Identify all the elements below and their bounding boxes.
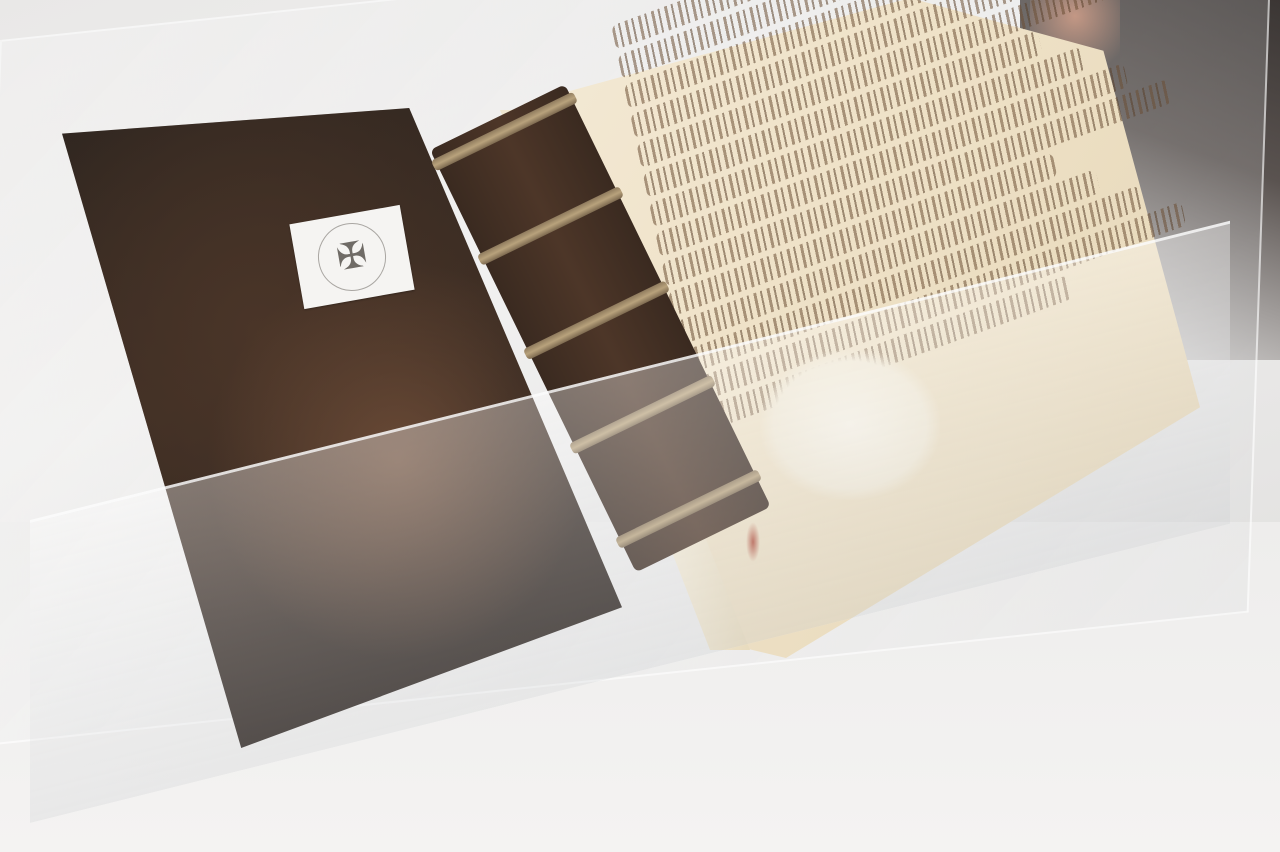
cross-glyph: ✠ <box>334 237 370 278</box>
spine-band <box>523 280 670 360</box>
cross-seal-icon: ✠ <box>313 218 392 297</box>
photo-scene: ✠ <box>0 0 1280 852</box>
spine-band <box>477 186 624 266</box>
spine-band <box>431 91 578 171</box>
